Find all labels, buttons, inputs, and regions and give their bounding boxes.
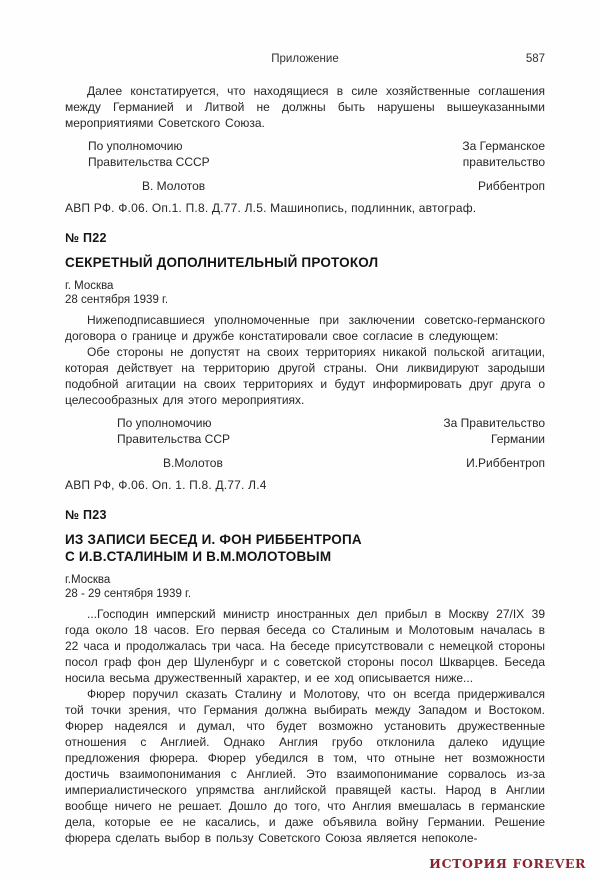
signature-role-left-line2: Правительства ССР [117,431,230,447]
doc-p22-title: СЕКРЕТНЫЙ ДОПОЛНИТЕЛЬНЫЙ ПРОТОКОЛ [65,254,545,271]
doc-p22-number: № П22 [65,231,545,245]
signature-roles: По уполномочию Правительства СССР За Гер… [65,138,545,170]
signature-name-left: В.Молотов [163,455,223,471]
page-content: Приложение 587 Далее констатируется, что… [65,52,545,846]
signature-roles: По уполномочию Правительства ССР За Прав… [65,415,545,447]
doc-p23-place: г.Москва [65,573,545,587]
doc-p23-paragraph-1: ...Господин имперский министр иностранны… [65,606,545,686]
signature-role-left: По уполномочию Правительства СССР [88,138,210,170]
doc-p22-place-date: г. Москва 28 сентября 1939 г. [65,279,545,307]
doc-p23-title-line2: С И.В.СТАЛИНЫМ И В.М.МОЛОТОВЫМ [65,549,331,564]
signature-name-left: В. Молотов [142,178,205,194]
doc-p22-date: 28 сентября 1939 г. [65,293,545,307]
running-head-title: Приложение [271,53,338,65]
doc-prev-archive-reference: АВП РФ. Ф.06. Оп.1. П.8. Д.77. Л.5. Маши… [65,200,545,216]
signature-role-right-line1: За Правительство [443,415,545,431]
signature-name-right: Риббентроп [478,178,545,194]
doc-p23-number: № П23 [65,508,545,522]
watermark-text: ИСТОРИЯ FOREVER [429,856,586,871]
doc-p22-archive-reference: АВП РФ, Ф.06. Оп. 1. П.8. Д.77. Л.4 [65,477,545,493]
signature-role-right: За Германское правительство [462,138,545,170]
book-page: Приложение 587 Далее констатируется, что… [0,0,600,879]
doc-p22-place: г. Москва [65,279,545,293]
signature-role-left-line1: По уполномочию [117,415,230,431]
doc-p22-paragraph-2: Обе стороны не допустят на своих террито… [65,344,545,408]
signature-role-left-line1: По уполномочию [88,138,210,154]
doc-prev-paragraph: Далее констатируется, что находящиеся в … [65,83,545,131]
signature-role-right-line1: За Германское [462,138,545,154]
signature-names: В.Молотов И.Риббентроп [65,455,545,471]
signature-role-right-line2: правительство [462,154,545,170]
doc-p23-title: ИЗ ЗАПИСИ БЕСЕД И. ФОН РИББЕНТРОПА С И.В… [65,531,545,565]
doc-p22-signature-block: По уполномочию Правительства ССР За Прав… [65,415,545,471]
signature-role-left-line2: Правительства СССР [88,154,210,170]
doc-p22-paragraph-1: Нижеподписавшиеся уполномоченные при зак… [65,312,545,344]
doc-p23-paragraph-2: Фюрер поручил сказать Сталину и Молотову… [65,686,545,846]
doc-p23-title-line1: ИЗ ЗАПИСИ БЕСЕД И. ФОН РИББЕНТРОПА [65,532,362,547]
signature-role-left: По уполномочию Правительства ССР [117,415,230,447]
running-head: Приложение 587 [65,52,545,66]
doc-prev-signature-block: По уполномочию Правительства СССР За Гер… [65,138,545,194]
signature-name-right: И.Риббентроп [466,455,545,471]
signature-names: В. Молотов Риббентроп [65,178,545,194]
signature-role-right-line2: Германии [443,431,545,447]
signature-role-right: За Правительство Германии [443,415,545,447]
doc-p23-place-date: г.Москва 28 - 29 сентября 1939 г. [65,573,545,601]
page-number: 587 [526,52,545,66]
doc-p23-date: 28 - 29 сентября 1939 г. [65,587,545,601]
